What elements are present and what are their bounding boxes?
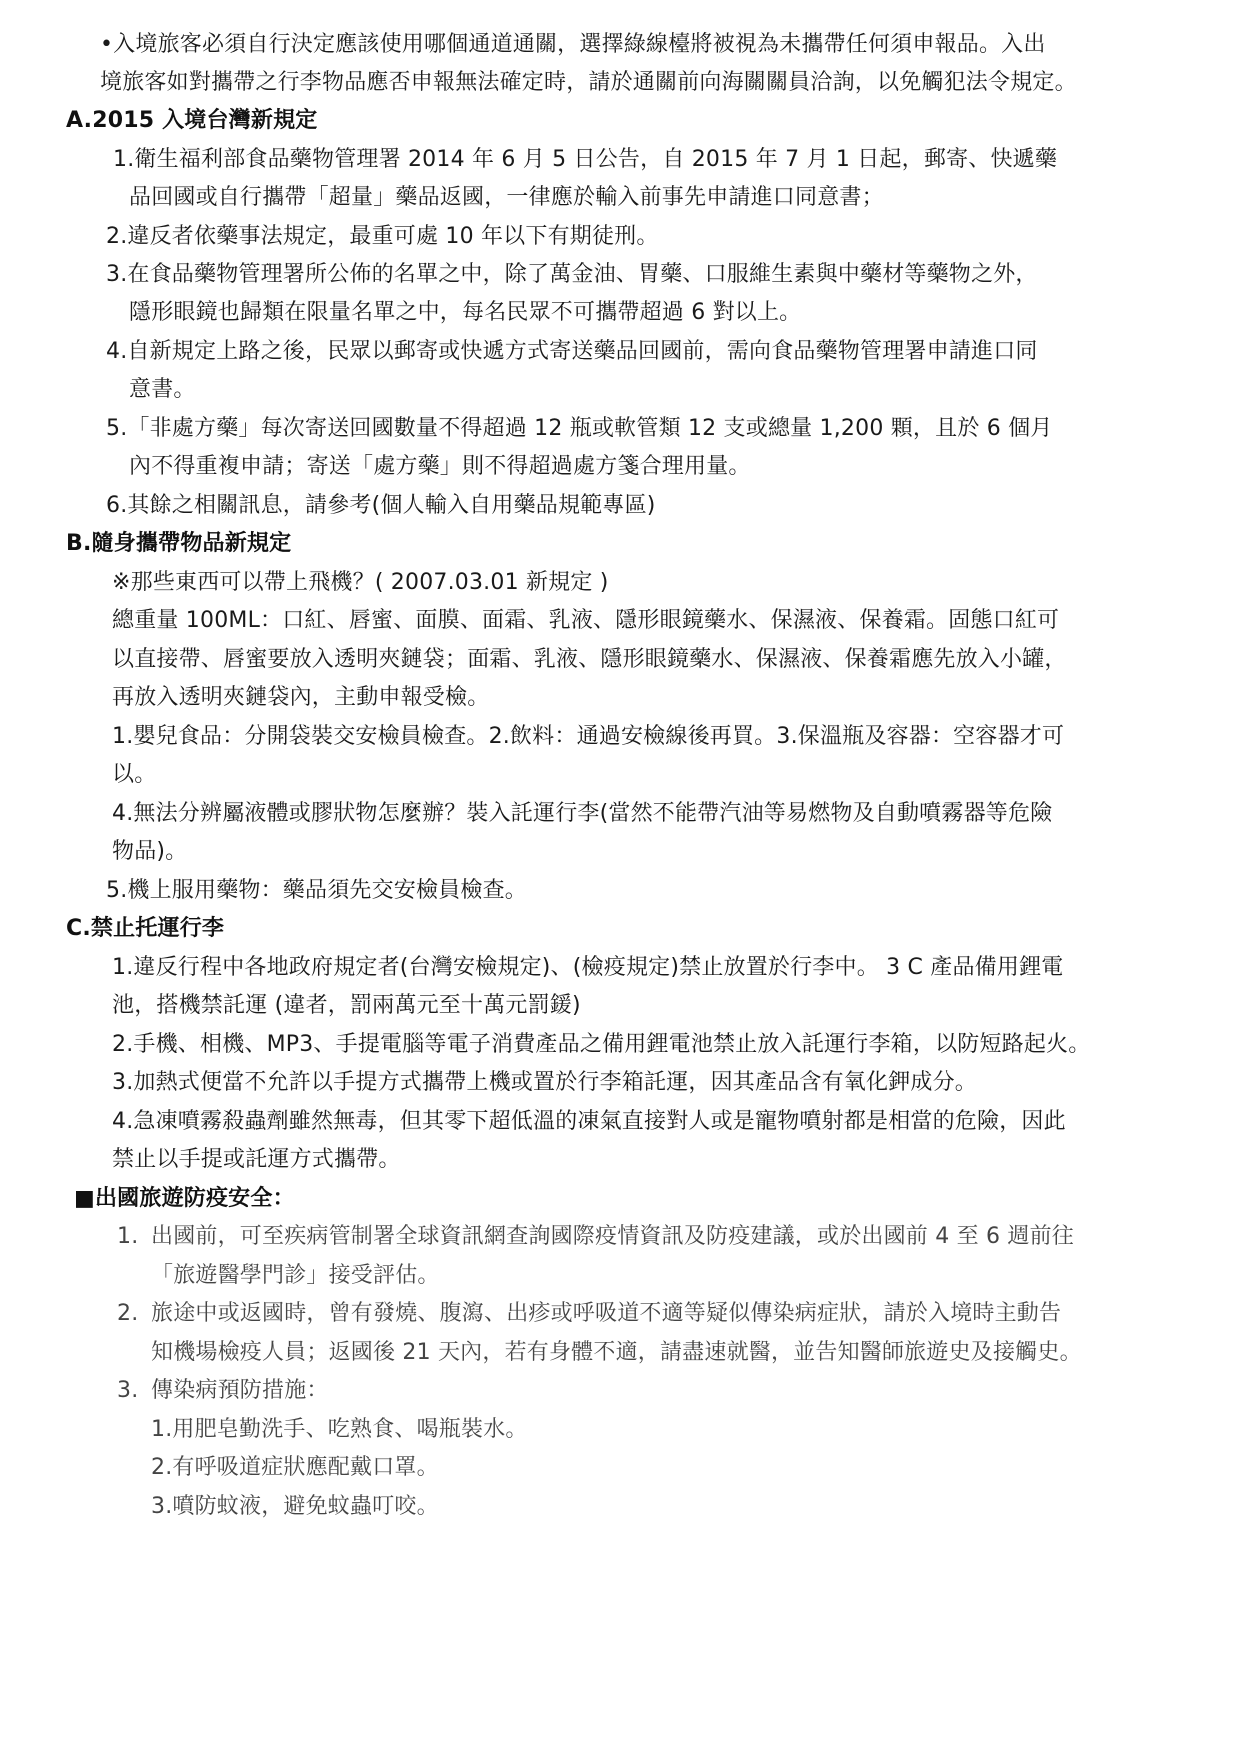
section-b-items-line-1: 1.嬰兒食品：分開袋裝交安檢員檢查。2.飲料：通過安檢線後再買。3.保溫瓶及容器… (112, 722, 1064, 752)
section-b-weight-line-3: 再放入透明夾鏈袋內，主動申報受檢。 (112, 683, 489, 713)
section-a-item-3-line-1: 3.在食品藥物管理署所公佈的名單之中，除了萬金油、胃藥、口服維生素與中藥材等藥物… (106, 260, 1038, 290)
section-b-item-4-line-1: 4.無法分辨屬液體或膠狀物怎麼辦？裝入託運行李(當然不能帶汽油等易燃物及自動噴霧… (112, 799, 1052, 829)
section-d-item-3-line-1: 傳染病預防措施： (151, 1376, 329, 1406)
intro-line-2: 境旅客如對攜帶之行李物品應否申報無法確定時，請於通關前向海關關員洽詢，以免觸犯法… (100, 68, 1077, 98)
section-c-item-1-line-1: 1.違反行程中各地政府規定者(台灣安檢規定)、(檢疫規定)禁止放置於行李中。 3… (112, 953, 1063, 983)
section-c-item-4-line-2: 禁止以手提或託運方式攜帶。 (112, 1145, 401, 1175)
section-b-title: B.隨身攜帶物品新規定 (66, 529, 291, 559)
section-a-item-4-line-1: 4.自新規定上路之後，民眾以郵寄或快遞方式寄送藥品回國前，需向食品藥物管理署申請… (106, 337, 1038, 367)
section-d-item-2-number: 2. (117, 1299, 138, 1329)
section-a-item-5-line-1: 5.「非處方藥」每次寄送回國數量不得超過 12 瓶或軟管類 12 支或總量 1,… (106, 414, 1053, 444)
section-d-subitem-2: 2.有呼吸道症狀應配戴口罩。 (151, 1453, 439, 1483)
section-c-item-4-line-1: 4.急凍噴霧殺蟲劑雖然無毒，但其零下超低溫的凍氣直接對人或是寵物噴射都是相當的危… (112, 1107, 1066, 1137)
section-d-item-2-line-2: 知機場檢疫人員；返國後 21 天內，若有身體不適，請盡速就醫，並告知醫師旅遊史及… (151, 1338, 1082, 1368)
section-a-item-5-line-2: 內不得重複申請；寄送「處方藥」則不得超過處方箋合理用量。 (129, 452, 751, 482)
intro-line-1: •入境旅客必須自行決定應該使用哪個通道通關，選擇綠線檯將被視為未攜帶任何須申報品… (100, 30, 1046, 60)
section-a-item-2: 2.違反者依藥事法規定，最重可處 10 年以下有期徒刑。 (106, 222, 659, 252)
section-d-item-1-line-2: 「旅遊醫學門診」接受評估。 (151, 1261, 440, 1291)
section-d-subitem-3: 3.噴防蚊液，避免蚊蟲叮咬。 (151, 1492, 439, 1522)
section-b-note: ※那些東西可以帶上飛機？( 2007.03.01 新規定 ) (112, 568, 609, 598)
section-a-item-1-line-1: 1.衛生福利部食品藥物管理署 2014 年 6 月 5 日公告，自 2015 年… (113, 145, 1057, 175)
section-d-item-2-line-1: 旅途中或返國時，曾有發燒、腹瀉、出疹或呼吸道不適等疑似傳染病症狀，請於入境時主動… (151, 1299, 1061, 1329)
section-c-item-1-line-2: 池，搭機禁託運 (違者，罰兩萬元至十萬元罰鍰) (112, 991, 581, 1021)
section-c-title: C.禁止托運行李 (66, 914, 224, 944)
section-a-title: A.2015 入境台灣新規定 (66, 106, 317, 136)
section-d-item-3-number: 3. (117, 1376, 138, 1406)
section-b-weight-line-1: 總重量 100ML：口紅、唇蜜、面膜、面霜、乳液、隱形眼鏡藥水、保濕液、保養霜。… (112, 606, 1059, 636)
section-d-item-1-line-1: 出國前，可至疾病管制署全球資訊網查詢國際疫情資訊及防疫建議，或於出國前 4 至 … (151, 1222, 1074, 1252)
section-b-weight-line-2: 以直接帶、唇蜜要放入透明夾鏈袋；面霜、乳液、隱形眼鏡藥水、保濕液、保養霜應先放入… (112, 645, 1067, 675)
section-c-item-3: 3.加熱式便當不允許以手提方式攜帶上機或置於行李箱託運，因其產品含有氧化鉀成分。 (112, 1068, 977, 1098)
section-a-item-1-line-2: 品回國或自行攜帶「超量」藥品返國，一律應於輸入前事先申請進口同意書； (129, 183, 884, 213)
section-a-item-6: 6.其餘之相關訊息，請參考(個人輸入自用藥品規範專區) (106, 491, 656, 521)
section-b-item-4-line-2: 物品)。 (112, 837, 187, 867)
section-d-title: ■出國旅遊防疫安全： (74, 1184, 295, 1214)
section-b-item-5: 5.機上服用藥物：藥品須先交安檢員檢查。 (106, 876, 527, 906)
section-c-item-2: 2.手機、相機、MP3、手提電腦等電子消費產品之備用鋰電池禁止放入託運行李箱，以… (112, 1030, 1090, 1060)
section-b-items-line-2: 以。 (112, 760, 156, 790)
section-a-item-3-line-2: 隱形眼鏡也歸類在限量名單之中，每名民眾不可攜帶超過 6 對以上。 (129, 298, 801, 328)
section-a-item-4-line-2: 意書。 (129, 375, 196, 405)
section-d-item-1-number: 1. (117, 1222, 138, 1252)
section-d-subitem-1: 1.用肥皂勤洗手、吃熟食、喝瓶裝水。 (151, 1415, 528, 1445)
